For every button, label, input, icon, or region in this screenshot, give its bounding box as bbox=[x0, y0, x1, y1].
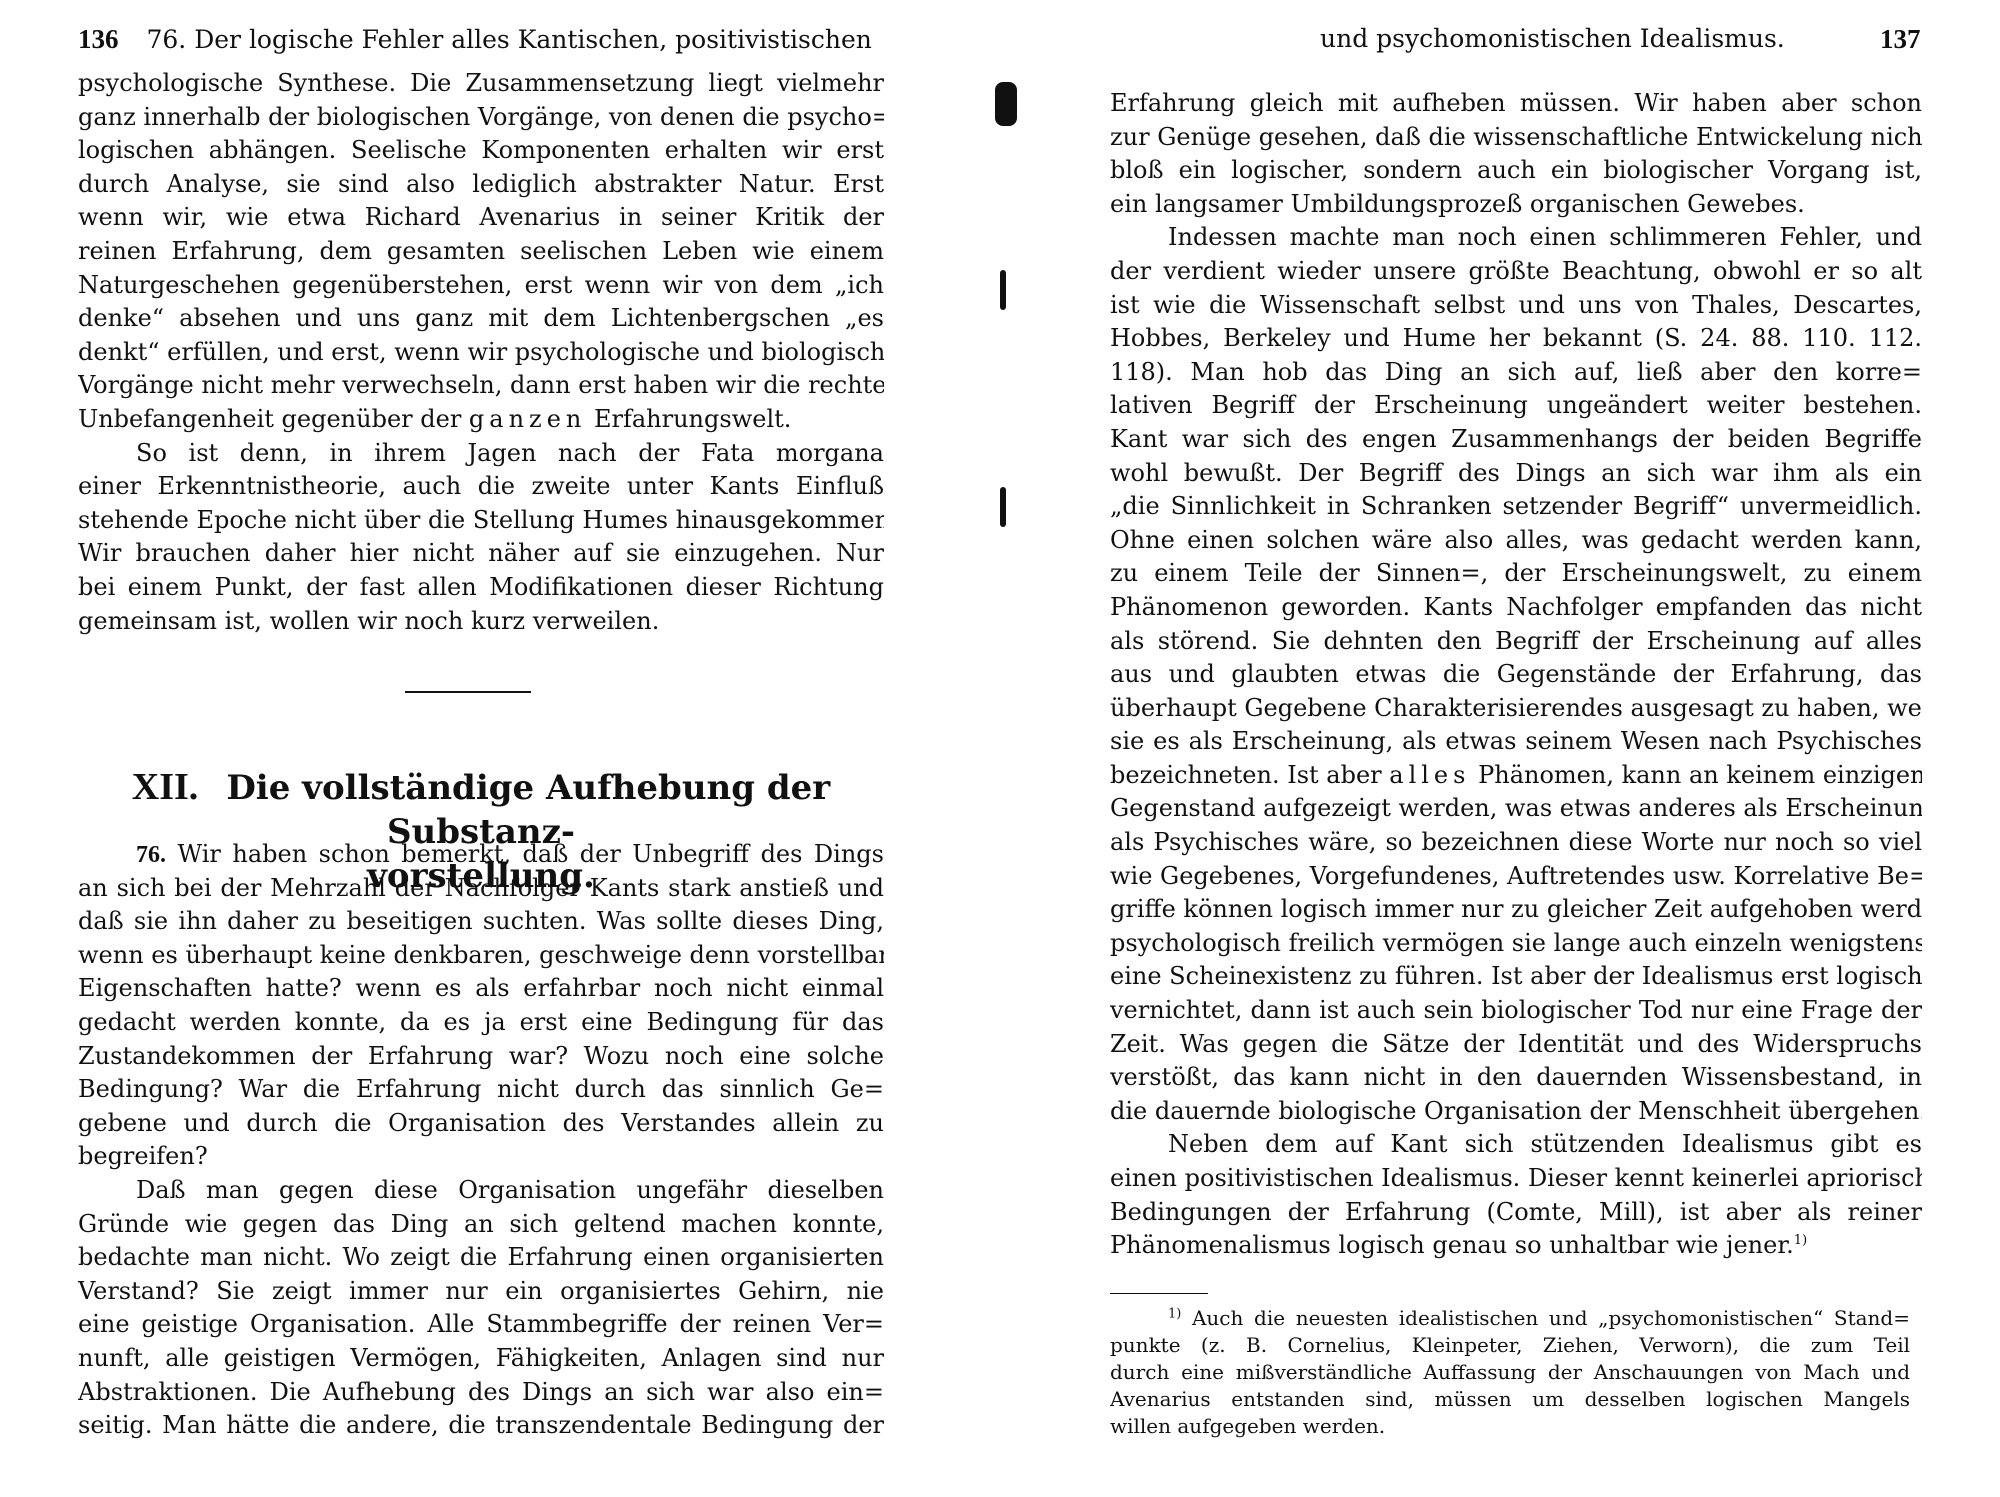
text-line: einer Erkenntnistheorie, auch die zweite… bbox=[78, 470, 884, 504]
text-line: eine Scheinexistenz zu führen. Ist aber … bbox=[1110, 960, 1922, 994]
text-line: eine geistige Organisation. Alle Stammbe… bbox=[78, 1308, 884, 1342]
text-line: Eigenschaften hatte? wenn es als erfahrb… bbox=[78, 972, 884, 1006]
text-line: Wir brauchen daher hier nicht näher auf … bbox=[78, 537, 884, 571]
text-line: griffe können logisch immer nur zu gleic… bbox=[1110, 893, 1922, 927]
running-head-title-left: 76. Der logische Fehler alles Kantischen… bbox=[147, 25, 872, 54]
text-fragment: bezeichneten. Ist aber bbox=[1110, 761, 1389, 789]
left-page-136: 13676. Der logische Fehler alles Kantisc… bbox=[0, 0, 960, 1497]
text-line: durch Analyse, sie sind also lediglich a… bbox=[78, 168, 884, 202]
text-line: Abstraktionen. Die Aufhebung des Dings a… bbox=[78, 1376, 884, 1410]
text-line: seitig. Man hätte die andere, die transz… bbox=[78, 1409, 884, 1443]
chapter-numeral: XII. bbox=[132, 766, 199, 808]
text-line: bei einem Punkt, der fast allen Modifika… bbox=[78, 571, 884, 605]
text-line: bloß ein logischer, sondern auch ein bio… bbox=[1110, 154, 1922, 188]
text-line: daß sie ihn daher zu beseitigen suchten.… bbox=[78, 905, 884, 939]
text-line: vernichtet, dann ist auch sein biologisc… bbox=[1110, 994, 1922, 1028]
footnote-line: punkte (z. B. Cornelius, Kleinpeter, Zie… bbox=[1110, 1332, 1910, 1359]
text-line: überhaupt Gegebene Charakterisierendes a… bbox=[1110, 692, 1922, 726]
text-line: Zustandekommen der Erfahrung war? Wozu n… bbox=[78, 1040, 884, 1074]
text-line: begreifen? bbox=[78, 1140, 884, 1174]
text-line: wie Gegebenes, Vorgefundenes, Auftretend… bbox=[1110, 860, 1922, 894]
text-line: denke“ absehen und uns ganz mit dem Lich… bbox=[78, 302, 884, 336]
text-line: sie es als Erscheinung, als etwas seinem… bbox=[1110, 725, 1922, 759]
text-line: Vorgänge nicht mehr verwechseln, dann er… bbox=[78, 369, 884, 403]
paragraph-continuation: psychologische Synthese. Die Zusammenset… bbox=[78, 67, 884, 638]
text-line-emphasis: Unbefangenheit gegenüber der ganzen Erfa… bbox=[78, 403, 884, 437]
text-line: als störend. Sie dehnten den Begriff der… bbox=[1110, 625, 1922, 659]
section-number: 76. bbox=[136, 842, 166, 868]
text-line: die dauernde biologische Organisation de… bbox=[1110, 1095, 1922, 1129]
text-line: Indessen machte man noch einen schlimmer… bbox=[1110, 221, 1922, 255]
section-first-line: 76. Wir haben schon bemerkt, daß der Unb… bbox=[78, 838, 884, 872]
text-fragment: Phänomenalismus logisch genau so unhaltb… bbox=[1110, 1231, 1794, 1259]
spaced-emphasis-word: alles bbox=[1389, 761, 1470, 789]
text-line: Ohne einen solchen wäre also alles, was … bbox=[1110, 524, 1922, 558]
text-line: reinen Erfahrung, dem gesamten seelische… bbox=[78, 235, 884, 269]
text-line: stehende Epoche nicht über die Stellung … bbox=[78, 504, 884, 538]
text-fragment: Unbefangenheit gegenüber der bbox=[78, 405, 469, 433]
text-line: wohl bewußt. Der Begriff des Dings an si… bbox=[1110, 457, 1922, 491]
text-line: Hobbes, Berkeley und Hume her bekannt (S… bbox=[1110, 322, 1922, 356]
section-76: 76. Wir haben schon bemerkt, daß der Unb… bbox=[78, 838, 884, 1443]
text-fragment: Erfahrungswelt. bbox=[586, 405, 791, 433]
text-line: ganz innerhalb der biologischen Vorgänge… bbox=[78, 101, 884, 135]
text-line: an sich bei der Mehrzahl der Nachfolger … bbox=[78, 872, 884, 906]
text-fragment: Phänomen, kann an keinem einzigen bbox=[1470, 761, 1922, 789]
text-line: Verstand? Sie zeigt immer nur ein organi… bbox=[78, 1275, 884, 1309]
text-line: Naturgeschehen gegenüberstehen, erst wen… bbox=[78, 269, 884, 303]
footnote-first-line: 1) Auch die neuesten idealistischen und … bbox=[1110, 1305, 1910, 1332]
running-head-title-right: und psychomonistischen Idealismus. bbox=[1320, 24, 1785, 53]
footnote-reference[interactable]: 1) bbox=[1794, 1233, 1807, 1248]
text-line: „die Sinnlichkeit in Schranken setzender… bbox=[1110, 490, 1922, 524]
text-line: logischen abhängen. Seelische Komponente… bbox=[78, 134, 884, 168]
footnote: 1) Auch die neuesten idealistischen und … bbox=[1110, 1305, 1910, 1440]
text-line: Daß man gegen diese Organisation ungefäh… bbox=[78, 1174, 884, 1208]
text-line: lativen Begriff der Erscheinung ungeände… bbox=[1110, 389, 1922, 423]
text-line: ist wie die Wissenschaft selbst und uns … bbox=[1110, 289, 1922, 323]
text-line: zur Genüge gesehen, daß die wissenschaft… bbox=[1110, 121, 1922, 155]
text-line: denkt“ erfüllen, und erst, wenn wir psyc… bbox=[78, 336, 884, 370]
text-line-emphasis: bezeichneten. Ist aber alles Phänomen, k… bbox=[1110, 759, 1922, 793]
text-line: Bedingungen der Erfahrung (Comte, Mill),… bbox=[1110, 1196, 1922, 1230]
text-line: nunft, alle geistigen Vermögen, Fähigkei… bbox=[78, 1342, 884, 1376]
right-page-137: und psychomonistischen Idealismus. 137 E… bbox=[1000, 0, 2000, 1497]
footnote-separator-rule bbox=[1110, 1293, 1208, 1294]
text-line: 118). Man hob das Ding an sich auf, ließ… bbox=[1110, 356, 1922, 390]
text-line: Phänomenon geworden. Kants Nachfolger em… bbox=[1110, 591, 1922, 625]
text-line: So ist denn, in ihrem Jagen nach der Fat… bbox=[78, 437, 884, 471]
text-line: wenn es überhaupt keine denkbaren, gesch… bbox=[78, 939, 884, 973]
page-number-left: 136 bbox=[78, 24, 119, 54]
text-line: bedachte man nicht. Wo zeigt die Erfahru… bbox=[78, 1241, 884, 1275]
text-line: verstößt, das kann nicht in den dauernde… bbox=[1110, 1061, 1922, 1095]
text-line: Gegenstand aufgezeigt werden, was etwas … bbox=[1110, 792, 1922, 826]
footnote-line: durch eine mißverständliche Auffassung d… bbox=[1110, 1359, 1910, 1386]
spaced-emphasis-word: ganzen bbox=[469, 405, 586, 433]
text-line: Kant war sich des engen Zusammenhangs de… bbox=[1110, 423, 1922, 457]
page-number-right: 137 bbox=[1880, 24, 1921, 55]
text-fragment: Auch die neuesten idealistischen und „ps… bbox=[1192, 1306, 1910, 1330]
text-line: ein langsamer Umbildungsprozeß organisch… bbox=[1110, 188, 1922, 222]
text-line: psychologische Synthese. Die Zusammenset… bbox=[78, 67, 884, 101]
text-line: zu einem Teile der Sinnen=, der Erschein… bbox=[1110, 557, 1922, 591]
text-line: gebene und durch die Organisation des Ve… bbox=[78, 1107, 884, 1141]
text-line: psychologisch freilich vermögen sie lang… bbox=[1110, 927, 1922, 961]
running-head-left: 13676. Der logische Fehler alles Kantisc… bbox=[78, 24, 872, 55]
text-line: Zeit. Was gegen die Sätze der Identität … bbox=[1110, 1028, 1922, 1062]
text-line: als Psychisches wäre, so bezeichnen dies… bbox=[1110, 826, 1922, 860]
text-line: der verdient wieder unsere größte Beacht… bbox=[1110, 255, 1922, 289]
text-line: gemeinsam ist, wollen wir noch kurz verw… bbox=[78, 605, 884, 639]
footnote-line: Avenarius entstanden sind, müssen um des… bbox=[1110, 1386, 1910, 1413]
text-line: Bedingung? War die Erfahrung nicht durch… bbox=[78, 1073, 884, 1107]
text-line: Phänomenalismus logisch genau so unhaltb… bbox=[1110, 1229, 1922, 1263]
footnote-marker: 1) bbox=[1168, 1306, 1181, 1321]
text-line: Gründe wie gegen das Ding an sich gelten… bbox=[78, 1208, 884, 1242]
text-fragment: Wir haben schon bemerkt, daß der Unbegri… bbox=[178, 840, 885, 868]
text-line: Neben dem auf Kant sich stützenden Ideal… bbox=[1110, 1128, 1922, 1162]
text-line: aus und glaubten etwas die Gegenstände d… bbox=[1110, 658, 1922, 692]
text-line: einen positivistischen Idealismus. Diese… bbox=[1110, 1162, 1922, 1196]
text-line: gedacht werden konnte, da es ja erst ein… bbox=[78, 1006, 884, 1040]
text-line: Erfahrung gleich mit aufheben müssen. Wi… bbox=[1110, 87, 1922, 121]
footnote-line: willen aufgegeben werden. bbox=[1110, 1413, 1910, 1440]
section-divider-rule bbox=[405, 691, 531, 693]
paragraph-continuation: Erfahrung gleich mit aufheben müssen. Wi… bbox=[1110, 87, 1922, 1263]
text-line: wenn wir, wie etwa Richard Avenarius in … bbox=[78, 201, 884, 235]
